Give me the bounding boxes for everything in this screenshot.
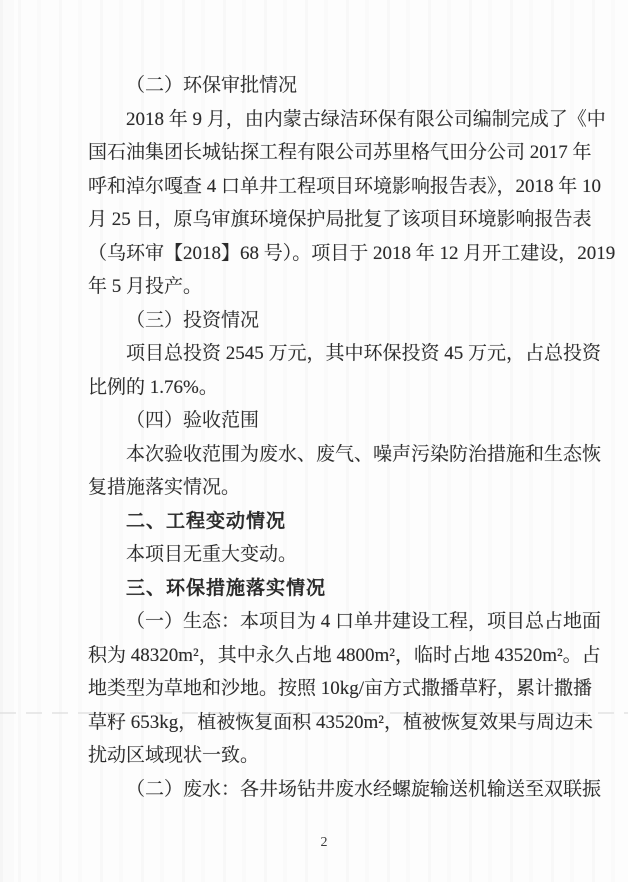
text-line: 本次验收范围为废水、废气、噪声污染防治措施和生态恢 (88, 438, 560, 472)
text-line: 积为 48320m²，其中永久占地 4800m²，临时占地 43520m²。占 (88, 639, 560, 673)
text-line: 复措施落实情况。 (88, 471, 560, 505)
document-body: （二）环保审批情况2018 年 9 月，由内蒙古绿洁环保有限公司编制完成了《中国… (88, 69, 560, 806)
text-line: 年 5 月投产。 (88, 270, 560, 304)
page-number: 2 (88, 835, 560, 851)
text-line: （二）废水：各井场钻井废水经螺旋输送机输送至双联振 (88, 773, 560, 807)
text-line: 比例的 1.76%。 (88, 371, 560, 405)
text-line: 呼和淖尔嘎查 4 口单井工程项目环境影响报告表》，2018 年 10 (88, 170, 560, 204)
text-line: （三）投资情况 (88, 304, 560, 338)
text-line: 地类型为草地和沙地。按照 10kg/亩方式撒播草籽，累计撒播 (88, 672, 560, 706)
text-line: 项目总投资 2545 万元，其中环保投资 45 万元，占总投资 (88, 337, 560, 371)
scanned-document-page: { "document": { "page_number": "2", "col… (0, 0, 628, 882)
text-line: 月 25 日，原乌审旗环境保护局批复了该项目环境影响报告表 (88, 203, 560, 237)
text-line: 2018 年 9 月，由内蒙古绿洁环保有限公司编制完成了《中 (88, 103, 560, 137)
text-line: 国石油集团长城钻探工程有限公司苏里格气田分公司 2017 年 (88, 136, 560, 170)
text-line: 草籽 653kg，植被恢复面积 43520m²，植被恢复效果与周边未 (88, 706, 560, 740)
section-heading: 三、环保措施落实情况 (88, 572, 560, 606)
section-heading: 二、工程变动情况 (88, 505, 560, 539)
text-line: （四）验收范围 (88, 404, 560, 438)
text-line: 扰动区域现状一致。 (88, 739, 560, 773)
text-line: （乌环审【2018】68 号）。项目于 2018 年 12 月开工建设，2019 (88, 237, 560, 271)
text-line: （一）生态：本项目为 4 口单井建设工程，项目总占地面 (88, 605, 560, 639)
text-line: 本项目无重大变动。 (88, 538, 560, 572)
text-line: （二）环保审批情况 (88, 69, 560, 103)
